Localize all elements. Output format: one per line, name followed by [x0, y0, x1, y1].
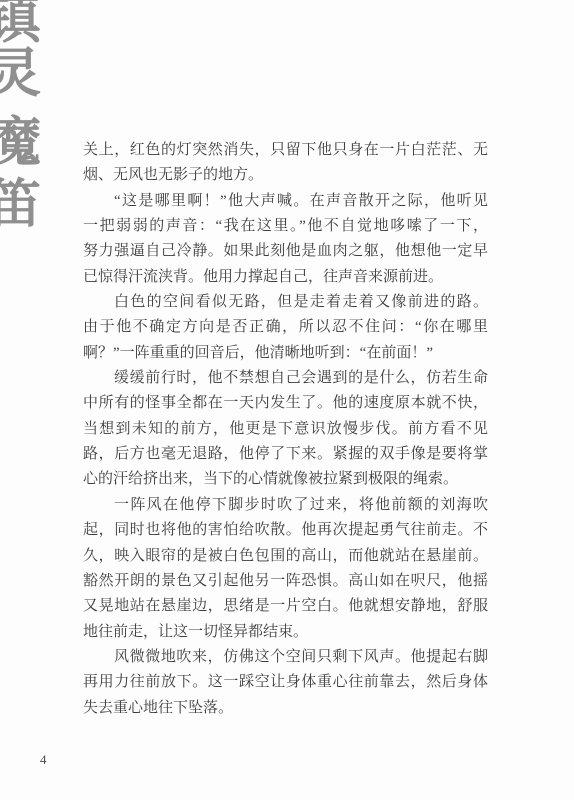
- body-line: 久，映入眼帘的是被白色包围的高山，而他就站在悬崖前。: [83, 544, 488, 569]
- page-number: 4: [40, 752, 47, 768]
- title-char-di: 笛: [0, 178, 48, 231]
- body-line: 一阵风在他停下脚步时吹了过来，将他前额的刘海吹: [83, 493, 488, 518]
- title-char-mo: 魔: [0, 116, 48, 169]
- body-line: 关上，红色的灯突然消失，只留下他只身在一片白茫茫、无: [83, 138, 488, 163]
- scanned-book-page: 镇 灵 魔 笛 关上，红色的灯突然消失，只留下他只身在一片白茫茫、无 烟、无风也…: [0, 0, 574, 800]
- body-line: 路，后方也毫无退路，他停了下来。紧握的双手像是要将掌: [83, 442, 488, 467]
- body-line: 再用力往前放下。这一踩空让身体重心往前靠去，然后身体: [83, 670, 488, 695]
- body-line: 豁然开朗的景色又引起他另一阵恐惧。高山如在呎尺，他摇: [83, 569, 488, 594]
- body-line: 心的汗给挤出来，当下的心情就像被拉紧到极限的绳索。: [83, 467, 488, 492]
- body-line: 努力强逼自己冷静。如果此刻他是血肉之躯，他想他一定早: [83, 239, 488, 264]
- title-char-ling: 灵: [0, 47, 48, 100]
- body-line: 失去重心地往下坠落。: [83, 696, 488, 721]
- body-line: 风微微地吹来，仿佛这个空间只剩下风声。他提起右脚: [83, 645, 488, 670]
- body-line: “这是哪里啊！”他大声喊。在声音散开之际，他听见: [83, 189, 488, 214]
- body-line: 起，同时也将他的害怕给吹散。他再次提起勇气往前走。不: [83, 518, 488, 543]
- body-text-block: 关上，红色的灯突然消失，只留下他只身在一片白茫茫、无 烟、无风也无影子的地方。 …: [83, 138, 488, 721]
- body-line: 地往前走，让这一切怪异都结束。: [83, 620, 488, 645]
- body-line: 缓缓前行时，他不禁想自己会遇到的是什么，仿若生命: [83, 366, 488, 391]
- body-line: 中所有的怪事全都在一天内发生了。他的速度原本就不快，: [83, 391, 488, 416]
- vertical-book-title: 镇 灵 魔 笛: [0, 0, 48, 245]
- title-char-zhen: 镇: [0, 0, 48, 46]
- body-line: 啊？”一阵重重的回音后，他清晰地听到：“在前面！”: [83, 341, 488, 366]
- body-line: 烟、无风也无影子的地方。: [83, 163, 488, 188]
- body-line: 由于他不确定方向是否正确，所以忍不住问：“你在哪里: [83, 315, 488, 340]
- body-line: 白色的空间看似无路，但是走着走着又像前进的路。: [83, 290, 488, 315]
- body-line: 已惊得汗流浃背。他用力撑起自己，往声音来源前进。: [83, 265, 488, 290]
- body-line: 当想到未知的前方，他更是下意识放慢步伐。前方看不见: [83, 417, 488, 442]
- body-line: 一把弱弱的声音：“我在这里。”他不自觉地哆嗦了一下，: [83, 214, 488, 239]
- body-line: 又晃地站在悬崖边，思绪是一片空白。他就想安静地，舒服: [83, 594, 488, 619]
